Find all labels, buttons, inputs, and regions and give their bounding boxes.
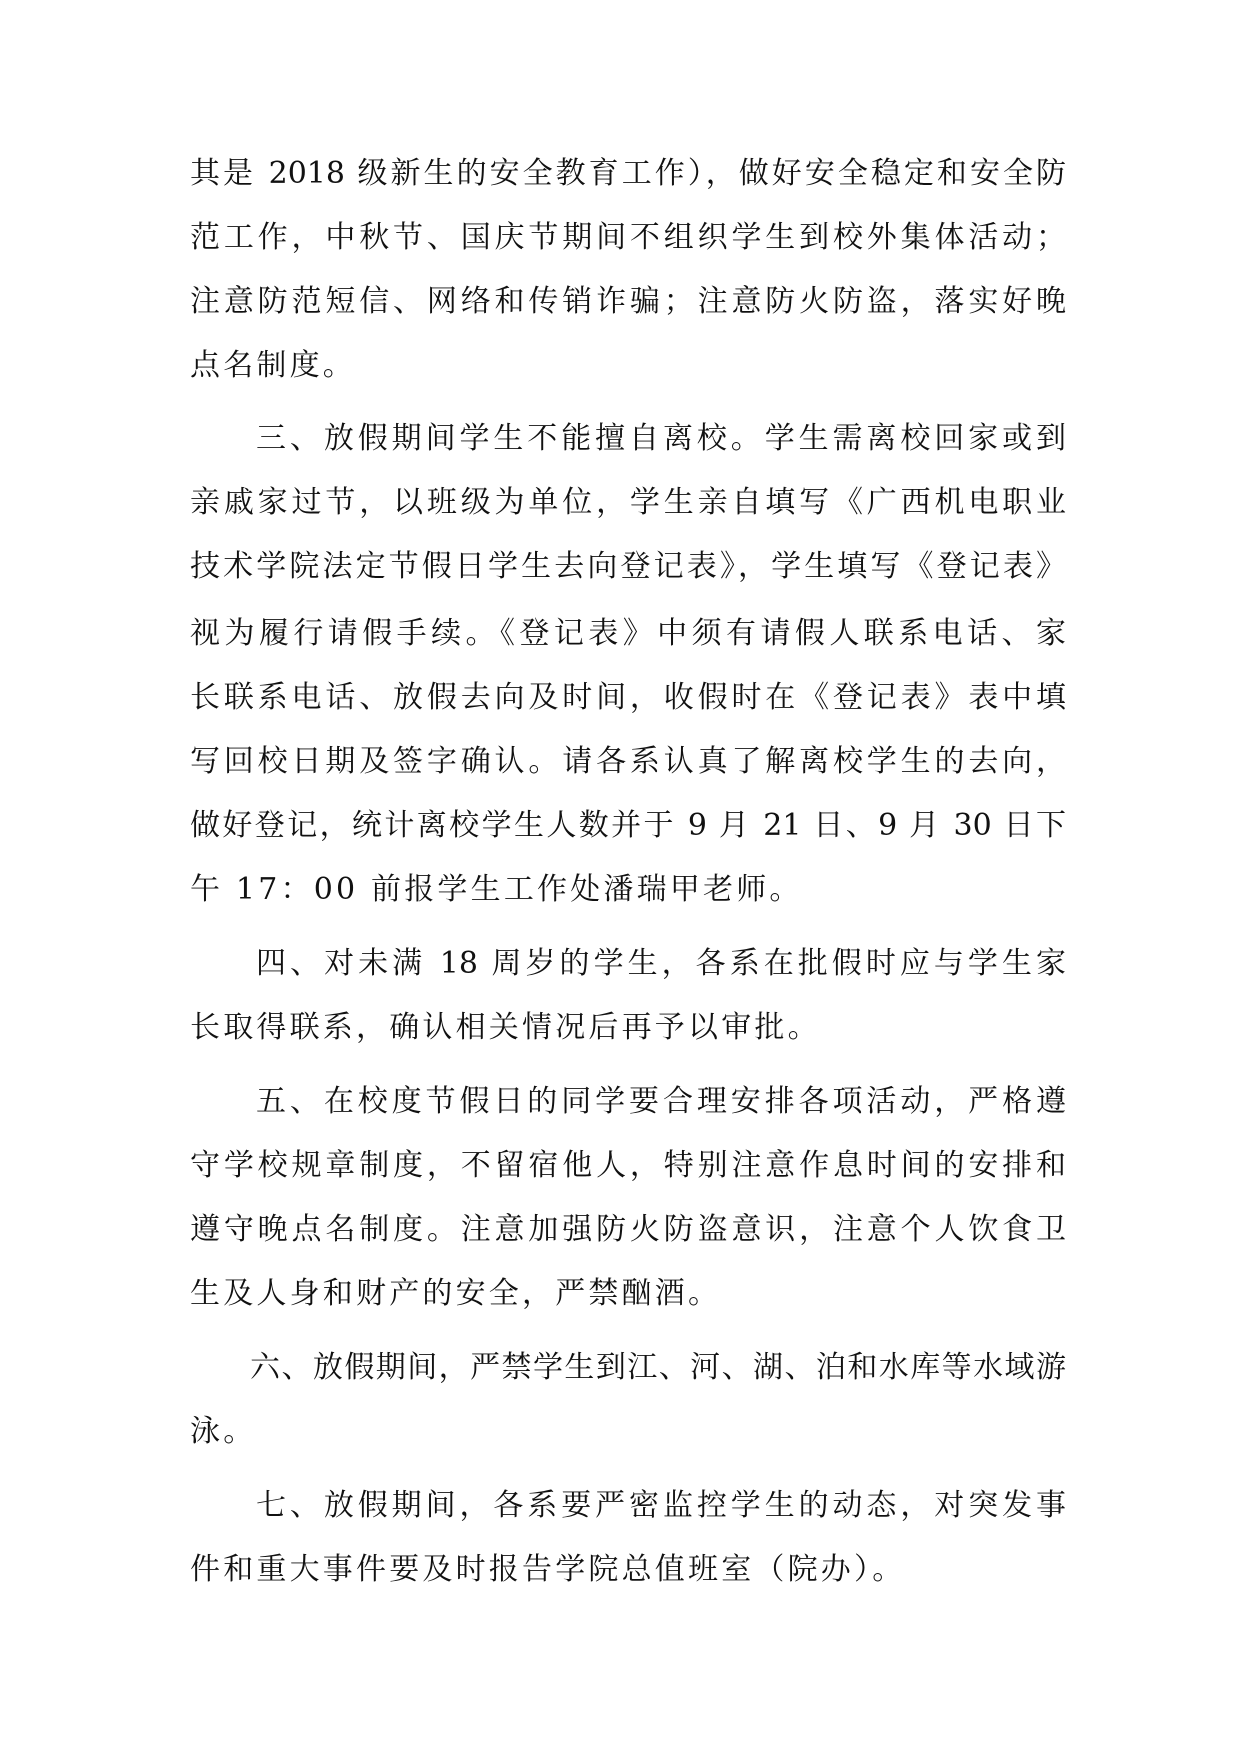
paragraph-start-line: 七、放假期间，各系要严密监控学生的动态，对突发事 [256,1474,1066,1538]
text-line: 守学校规章制度，不留宿他人，特别注意作息时间的安排和 [190,1134,1066,1198]
text-line: 长联系电话、放假去向及时间，收假时在《登记表》表中填 [190,666,1066,730]
paragraph-start-line: 三、放假期间学生不能擅自离校。学生需离校回家或到 [256,407,1066,471]
text-line: 其是 2018 级新生的安全教育工作），做好安全稳定和安全防 [190,142,1066,206]
text-line: 写回校日期及签字确认。请各系认真了解离校学生的去向， [190,730,1066,794]
text-line: 做好登记，统计离校学生人数并于 9 月 21 日、9 月 30 日下 [190,794,1066,858]
text-line: 遵守晚点名制度。注意加强防火防盗意识，注意个人饮食卫 [190,1198,1066,1262]
text-line: 午 17：00 前报学生工作处潘瑞甲老师。 [190,858,803,922]
text-line: 视为履行请假手续。《登记表》中须有请假人联系电话、家 [190,602,1066,666]
paragraph-start-line: 四、对未满 18 周岁的学生，各系在批假时应与学生家 [256,932,1066,996]
text-line: 范工作，中秋节、国庆节期间不组织学生到校外集体活动； [190,206,1066,270]
text-line: 亲戚家过节，以班级为单位，学生亲自填写《广西机电职业 [190,471,1066,535]
paragraph-start-line: 五、在校度节假日的同学要合理安排各项活动，严格遵 [256,1070,1066,1134]
text-line: 点名制度。 [190,334,356,398]
text-line: 件和重大事件要及时报告学院总值班室（院办）。 [190,1538,905,1602]
text-line: 长取得联系，确认相关情况后再予以审批。 [190,996,821,1060]
text-line: 生及人身和财产的安全，严禁酗酒。 [190,1262,721,1326]
text-line: 注意防范短信、网络和传销诈骗；注意防火防盗，落实好晚 [190,270,1066,334]
text-line: 技术学院法定节假日学生去向登记表》，学生填写《登记表》 [190,535,1066,599]
paragraph-start-line: 六、放假期间，严禁学生到江、河、湖、泊和水库等水域游 [250,1336,1066,1400]
text-line: 泳。 [190,1400,256,1464]
